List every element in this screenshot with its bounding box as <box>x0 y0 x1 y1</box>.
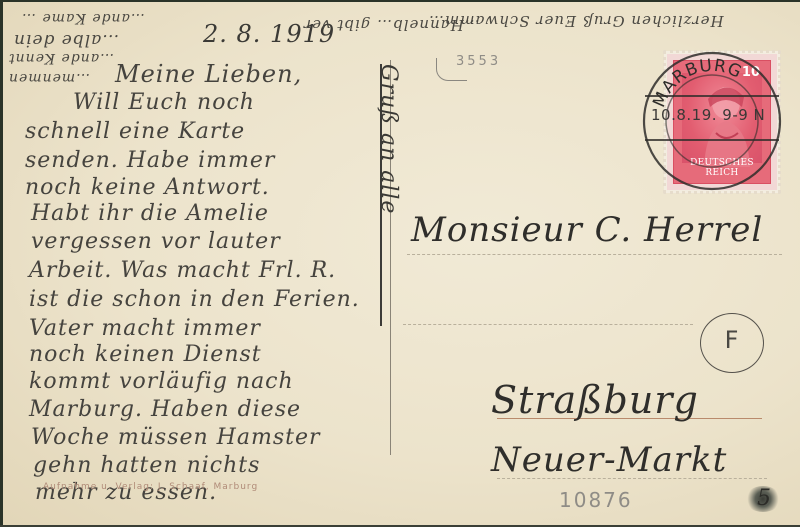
house-number: 5 <box>757 486 771 511</box>
upside-down-note-1: …ande Kame … <box>21 10 145 26</box>
postcard-back: …ande Kame … …albe dein …ande Kennt …men… <box>3 2 800 525</box>
archive-number-text: 3553 <box>456 54 501 69</box>
message-line: Marburg. Haben diese <box>29 397 301 422</box>
postmark-date: 10.8.19. 9-9 N <box>651 106 765 124</box>
svg-text:MARBURG: MARBURG <box>649 56 745 111</box>
address-recipient: Monsieur C. Herrel <box>411 210 763 250</box>
pencil-inventory-number: 10876 <box>559 488 633 512</box>
address-city: Straßburg <box>491 378 699 422</box>
top-margin-note: Herzlichen Gruß Euer Schwamm… <box>428 12 724 30</box>
message-line: senden. Habe immer <box>25 148 275 173</box>
address-rule-2 <box>403 324 693 325</box>
circled-letter-mark: F <box>700 313 764 373</box>
message-line: kommt vorläufig nach <box>29 369 294 394</box>
message-line: Vater macht immer <box>29 316 261 341</box>
message-line: gehn hatten nichts <box>33 453 260 478</box>
circled-letter: F <box>701 326 763 354</box>
message-line: noch keinen Dienst <box>29 342 262 367</box>
vertical-note: Gruß an alle <box>376 64 401 214</box>
message-greeting: Meine Lieben, <box>115 60 302 88</box>
message-line: ist die schon in den Ferien. <box>29 287 360 312</box>
message-line: vergessen vor lauter <box>31 229 281 254</box>
upside-down-note-4: …menmen <box>8 70 90 86</box>
message-line: Arbeit. Was macht Frl. R. <box>29 258 336 283</box>
archive-number: 3553 <box>436 54 516 80</box>
upside-down-note-3: …ande Kennt <box>8 50 114 66</box>
upside-down-note-2: …albe dein <box>13 30 119 50</box>
ink-smudge: 5 <box>745 486 781 512</box>
message-line: schnell eine Karte <box>25 119 245 144</box>
address-rule-1 <box>407 254 782 255</box>
address-street: Neuer-Markt <box>491 440 727 480</box>
publisher-imprint: Aufnahme u. Verlag: J. Schaaf, Marburg <box>43 482 258 492</box>
message-line: noch keine Antwort. <box>25 175 270 200</box>
message-line: Woche müssen Hamster <box>31 425 321 450</box>
message-line: Habt ihr die Amelie <box>31 201 269 226</box>
message-line: Will Euch noch <box>73 90 255 115</box>
